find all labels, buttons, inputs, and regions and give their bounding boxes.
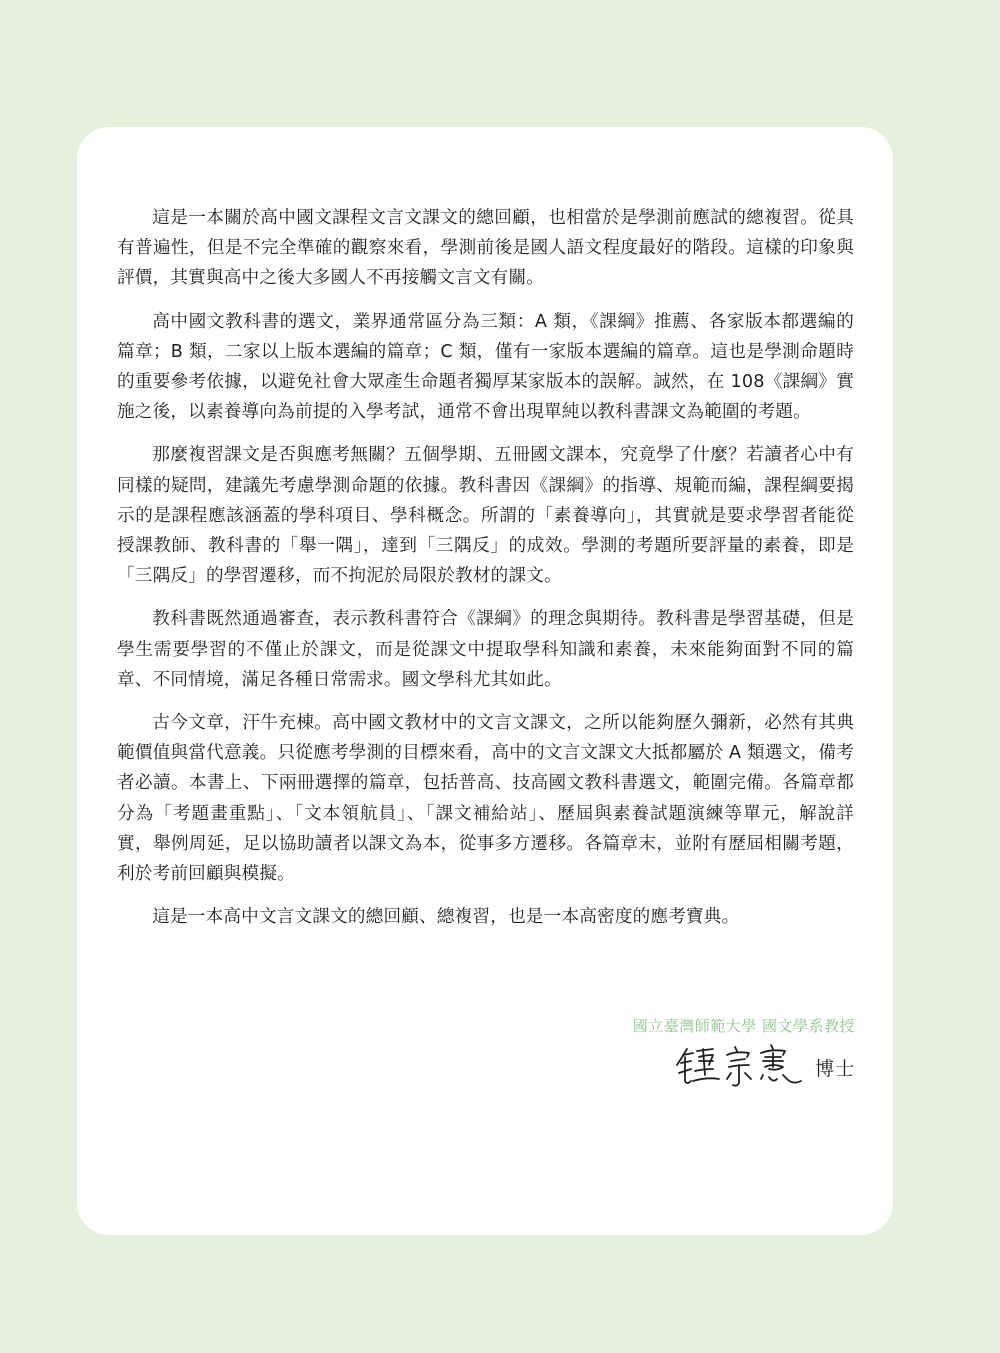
paragraph-5: 古今文章，汗牛充棟。高中國文教材中的文言文課文，之所以能夠歷久彌新，必然有其典範…	[117, 708, 854, 889]
paragraph-3: 那麼複習課文是否與應考無關？五個學期、五冊國文課本，究竟學了什麼？若讀者心中有同…	[117, 440, 854, 591]
paragraph-6: 這是一本高中文言文課文的總回顧、總複習，也是一本高密度的應考寶典。	[117, 902, 854, 932]
paragraph-1: 這是一本關於高中國文課程文言文課文的總回顧，也相當於是學測前應試的總複習。從具有…	[117, 203, 854, 294]
author-affiliation: 國立臺灣師範大學 國文學系教授	[633, 1015, 855, 1037]
handwritten-signature-icon	[673, 1041, 805, 1093]
paragraph-4: 教科書既然通過審查，表示教科書符合《課綱》的理念與期待。教科書是學習基礎，但是學…	[117, 604, 854, 695]
signature-row: 博士	[633, 1041, 855, 1093]
preface-body: 這是一本關於高中國文課程文言文課文的總回顧，也相當於是學測前應試的總複習。從具有…	[117, 203, 854, 945]
author-title: 博士	[815, 1054, 855, 1081]
signature-block: 國立臺灣師範大學 國文學系教授	[633, 1015, 855, 1093]
preface-card: 這是一本關於高中國文課程文言文課文的總回顧，也相當於是學測前應試的總複習。從具有…	[77, 127, 893, 1235]
paragraph-2: 高中國文教科書的選文，業界通常區分為三類：A 類，《課綱》推薦、各家版本都選編的…	[117, 307, 854, 428]
